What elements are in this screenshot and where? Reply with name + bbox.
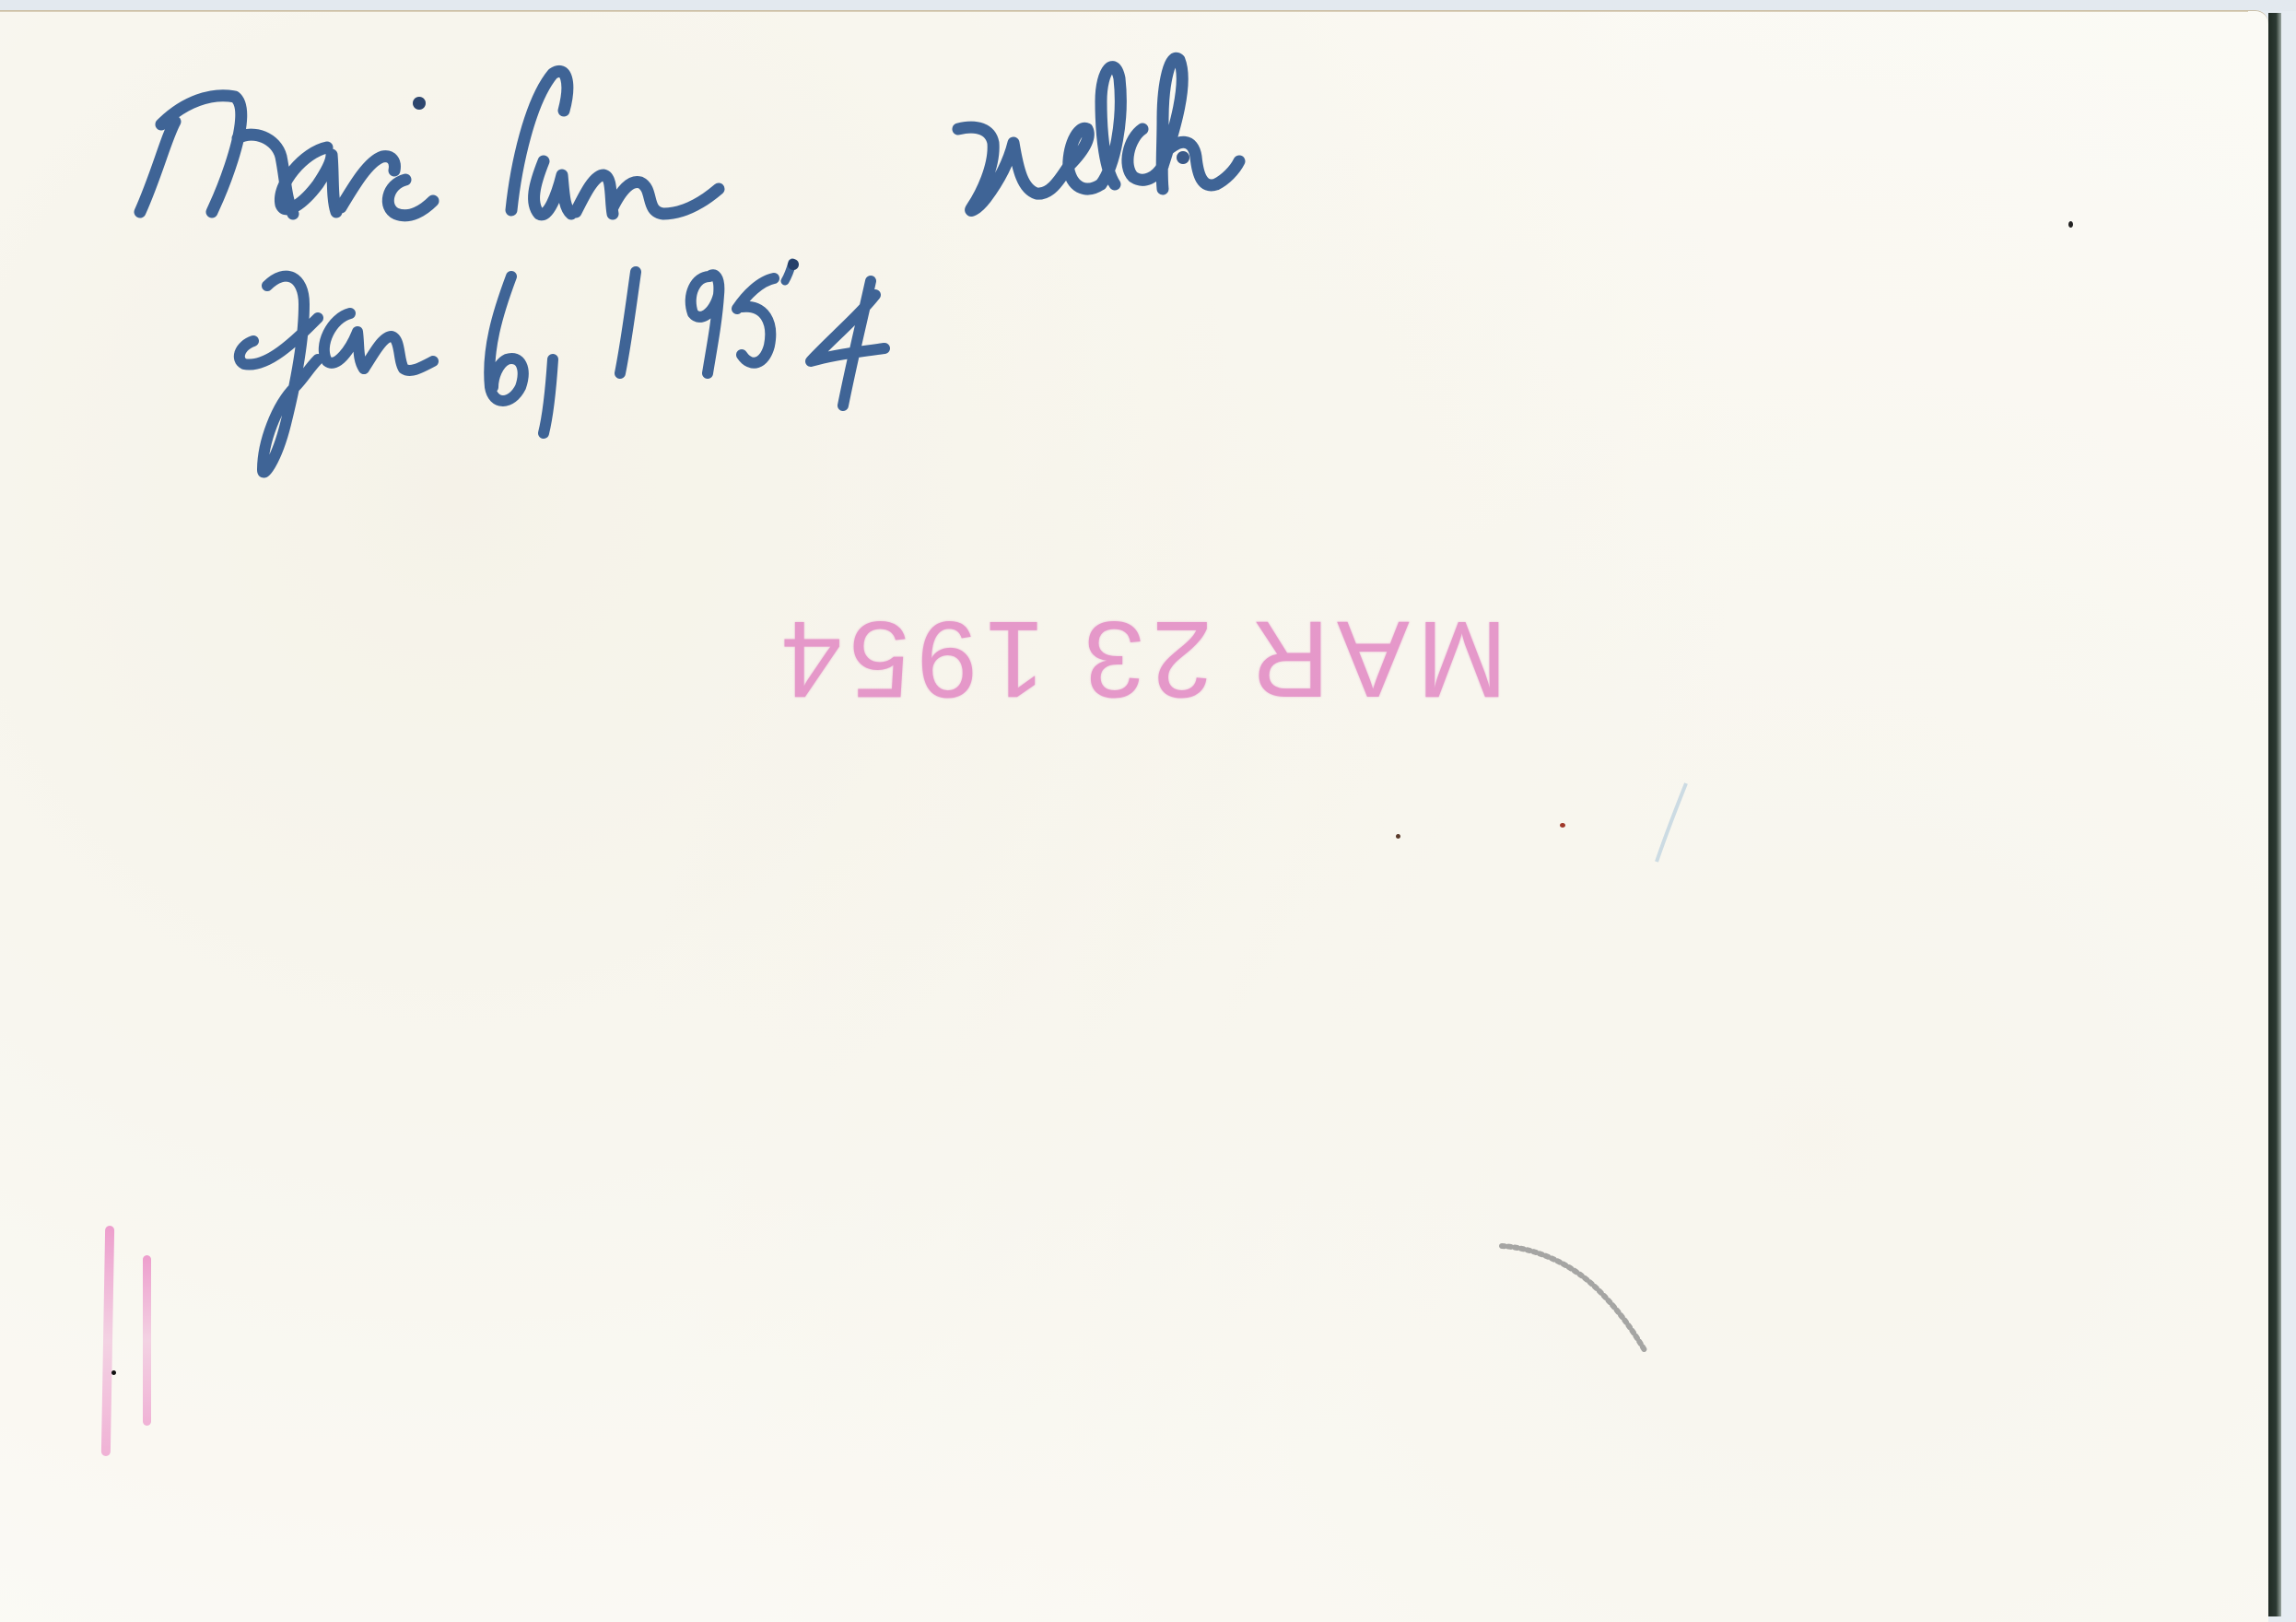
pencil-mark (1497, 1235, 1663, 1364)
handwritten-date-strokes (240, 259, 884, 473)
speck (2068, 221, 2073, 228)
pink-crayon-mark-right (143, 1255, 151, 1426)
handwritten-name-strokes (140, 58, 1239, 216)
speck (111, 1370, 116, 1375)
faint-blue-mark (1640, 774, 1695, 866)
received-date-stamp: MAR 23 1954 (809, 590, 1472, 728)
stamp-month: MAR (1244, 596, 1507, 722)
speck (1560, 823, 1565, 828)
stamp-day: 23 (1077, 596, 1212, 722)
handwriting (0, 0, 2296, 1622)
speck (1396, 834, 1400, 839)
stamp-year: 1954 (774, 596, 1046, 722)
